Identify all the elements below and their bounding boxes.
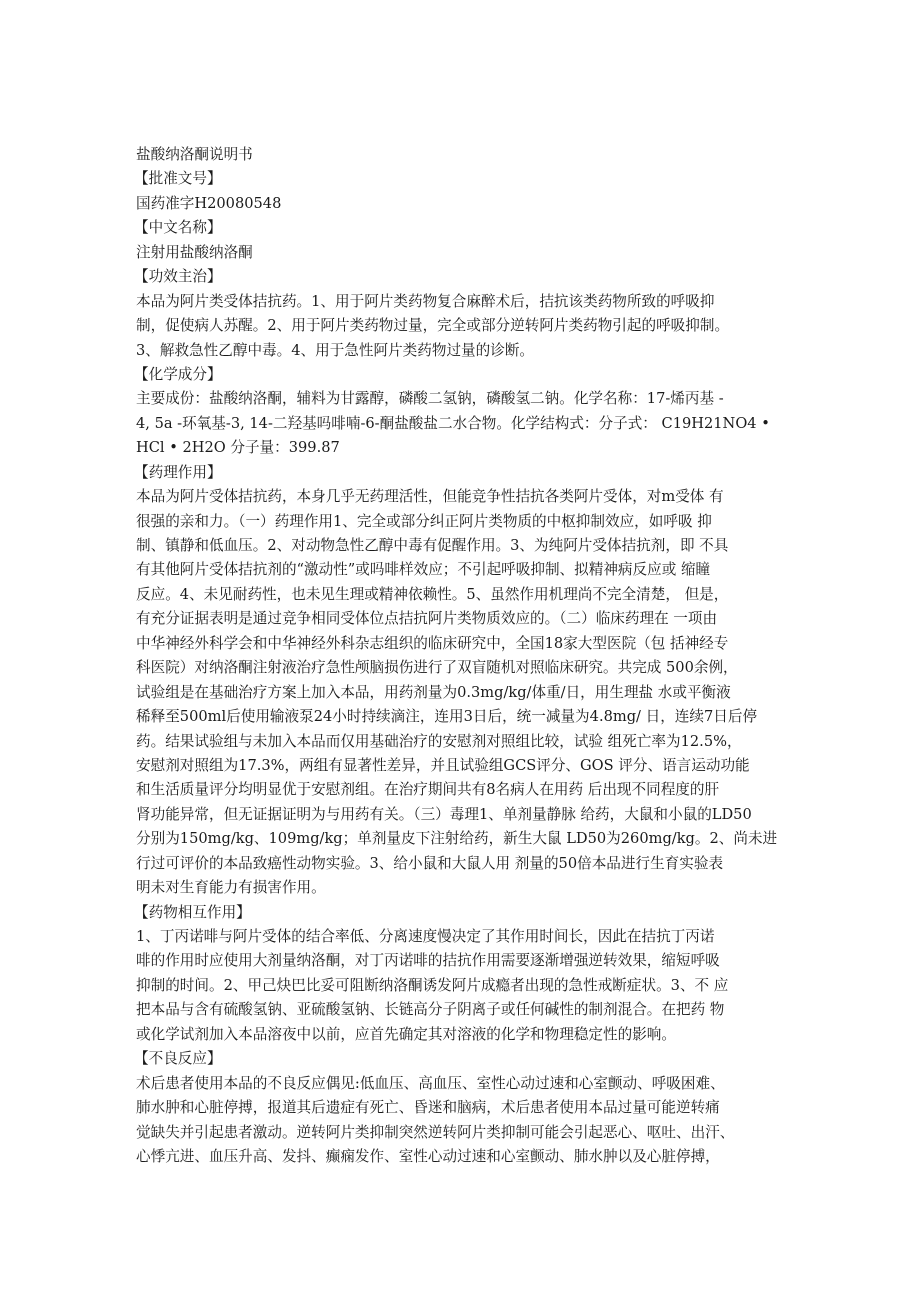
section-line: 稀释至500ml后使用输液泵24小时持续滴注，连用3日后，统一减量为4.8mg/… [136, 705, 786, 729]
section-indications: 【功效主治】 本品为阿片类受体拮抗药。1、用于阿片类药物复合麻醉术后，拮抗该类药… [136, 265, 786, 363]
section-line: 制，促使病人苏醒。2、用于阿片类药物过量，完全或部分逆转阿片类药物引起的呼吸抑制… [136, 314, 786, 338]
section-line: 分别为150mg/kg、109mg/kg；单剂量皮下注射给药，新生大鼠 LD50… [136, 827, 786, 851]
section-line: 制、镇静和低血压。2、对动物急性乙醇中毒有促醒作用。3、为纯阿片受体拮抗剂，即 … [136, 534, 786, 558]
section-heading: 【药理作用】 [134, 461, 786, 485]
section-line: 明未对生育能力有损害作用。 [136, 876, 786, 900]
section-heading: 【化学成分】 [134, 363, 786, 387]
section-line: 本品为阿片受体拮抗药，本身几乎无药理活性，但能竞争性拮抗各类阿片受体，对m受体 … [136, 485, 786, 509]
section-line: 注射用盐酸纳洛酮 [136, 241, 786, 265]
section-chinese-name: 【中文名称】 注射用盐酸纳洛酮 [136, 216, 786, 265]
section-line: 科医院）对纳洛酮注射液治疗急性颅脑损伤进行了双盲随机对照临床研究。共完成 500… [136, 656, 786, 680]
section-line: 有其他阿片受体拮抗剂的“激动性”或吗啡样效应；不引起呼吸抑制、拟精神病反应或 缩… [136, 558, 786, 582]
section-line: 主要成份：盐酸纳洛酮，辅料为甘露醇，磷酸二氢钠，磷酸氢二钠。化学名称：17-烯丙… [136, 387, 786, 411]
section-line: 国药准字H20080548 [136, 192, 786, 216]
section-line: 1、丁丙诺啡与阿片受体的结合率低、分离速度慢决定了其作用时间长，因此在拮抗丁丙诺 [136, 925, 786, 949]
section-line: HCl • 2H2O 分子量：399.87 [136, 436, 786, 460]
section-line: 4, 5a -环氧基-3, 14-二羟基吗啡喃-6-酮盐酸盐二水合物。化学结构式… [136, 412, 786, 436]
section-line: 心悸亢进、血压升高、发抖、癫痫发作、室性心动过速和心室颤动、肺水肿以及心脏停搏， [136, 1145, 786, 1169]
section-line: 行过可评价的本品致癌性动物实验。3、给小鼠和大鼠人用 剂量的50倍本品进行生育实… [136, 852, 786, 876]
section-chemical-composition: 【化学成分】 主要成份：盐酸纳洛酮，辅料为甘露醇，磷酸二氢钠，磷酸氢二钠。化学名… [136, 363, 786, 461]
section-line: 反应。4、未见耐药性，也未见生理或精神依赖性。5、虽然作用机理尚不完全清楚， 但… [136, 583, 786, 607]
section-line: 啡的作用时应使用大剂量纳洛酮，对丁丙诺啡的拮抗作用需要逐渐增强逆转效果，缩短呼吸 [136, 949, 786, 973]
section-heading: 【功效主治】 [134, 265, 786, 289]
section-line: 肾功能异常，但无证据证明为与用药有关。（三）毒理1、单剂量静脉 给药，大鼠和小鼠… [136, 803, 786, 827]
section-line: 试验组是在基础治疗方案上加入本品，用药剂量为0.3mg/kg/体重/日，用生理盐… [136, 681, 786, 705]
section-line: 把本品与含有硫酸氢钠、亚硫酸氢钠、长链高分子阴离子或任何碱性的制剂混合。在把药 … [136, 998, 786, 1022]
section-line: 安慰剂对照组为17.3%，两组有显著性差异，并且试验组GCS评分、GOS 评分、… [136, 754, 786, 778]
section-line: 术后患者使用本品的不良反应偶见:低血压、高血压、室性心动过速和心室颤动、呼吸困难… [136, 1072, 786, 1096]
section-line: 和生活质量评分均明显优于安慰剂组。在治疗期间共有8名病人在用药 后出现不同程度的… [136, 778, 786, 802]
section-pharmacology: 【药理作用】 本品为阿片受体拮抗药，本身几乎无药理活性，但能竞争性拮抗各类阿片受… [136, 461, 786, 901]
section-heading: 【药物相互作用】 [134, 901, 786, 925]
section-line: 中华神经外科学会和中华神经外科杂志组织的临床研究中，全国18家大型医院（包 括神… [136, 632, 786, 656]
section-adverse-reactions: 【不良反应】 术后患者使用本品的不良反应偶见:低血压、高血压、室性心动过速和心室… [136, 1047, 786, 1169]
section-heading: 【批准文号】 [134, 167, 786, 191]
section-line: 药。结果试验组与未加入本品而仅用基础治疗的安慰剂对照组比较，试验 组死亡率为12… [136, 730, 786, 754]
section-line: 觉缺失并引起患者激动。逆转阿片类抑制突然逆转阿片类抑制可能会引起恶心、呕吐、出汗… [136, 1121, 786, 1145]
section-line: 3、解救急性乙醇中毒。4、用于急性阿片类药物过量的诊断。 [136, 339, 786, 363]
section-approval-number: 【批准文号】 国药准字H20080548 [136, 167, 786, 216]
document-title: 盐酸纳洛酮说明书 [136, 143, 786, 167]
section-line: 或化学试剂加入本品溶夜中以前，应首先确定其对溶液的化学和物理稳定性的影响。 [136, 1023, 786, 1047]
section-heading: 【中文名称】 [134, 216, 786, 240]
section-line: 抑制的时间。2、甲己炔巴比妥可阻断纳洛酮诱发阿片成瘾者出现的急性戒断症状。3、不… [136, 974, 786, 998]
section-line: 很强的亲和力。（一）药理作用1、完全或部分纠正阿片类物质的中枢抑制效应，如呼吸 … [136, 510, 786, 534]
section-line: 肺水肿和心脏停搏，报道其后遗症有死亡、昏迷和脑病，术后患者使用本品过量可能逆转痛 [136, 1096, 786, 1120]
document-page: 盐酸纳洛酮说明书 【批准文号】 国药准字H20080548 【中文名称】 注射用… [136, 143, 786, 1169]
section-line: 本品为阿片类受体拮抗药。1、用于阿片类药物复合麻醉术后，拮抗该类药物所致的呼吸抑 [136, 290, 786, 314]
section-line: 有充分证据表明是通过竞争相同受体位点拮抗阿片类物质效应的。（二）临床药理在 一项… [136, 607, 786, 631]
section-drug-interactions: 【药物相互作用】 1、丁丙诺啡与阿片受体的结合率低、分离速度慢决定了其作用时间长… [136, 901, 786, 1048]
section-heading: 【不良反应】 [134, 1047, 786, 1071]
